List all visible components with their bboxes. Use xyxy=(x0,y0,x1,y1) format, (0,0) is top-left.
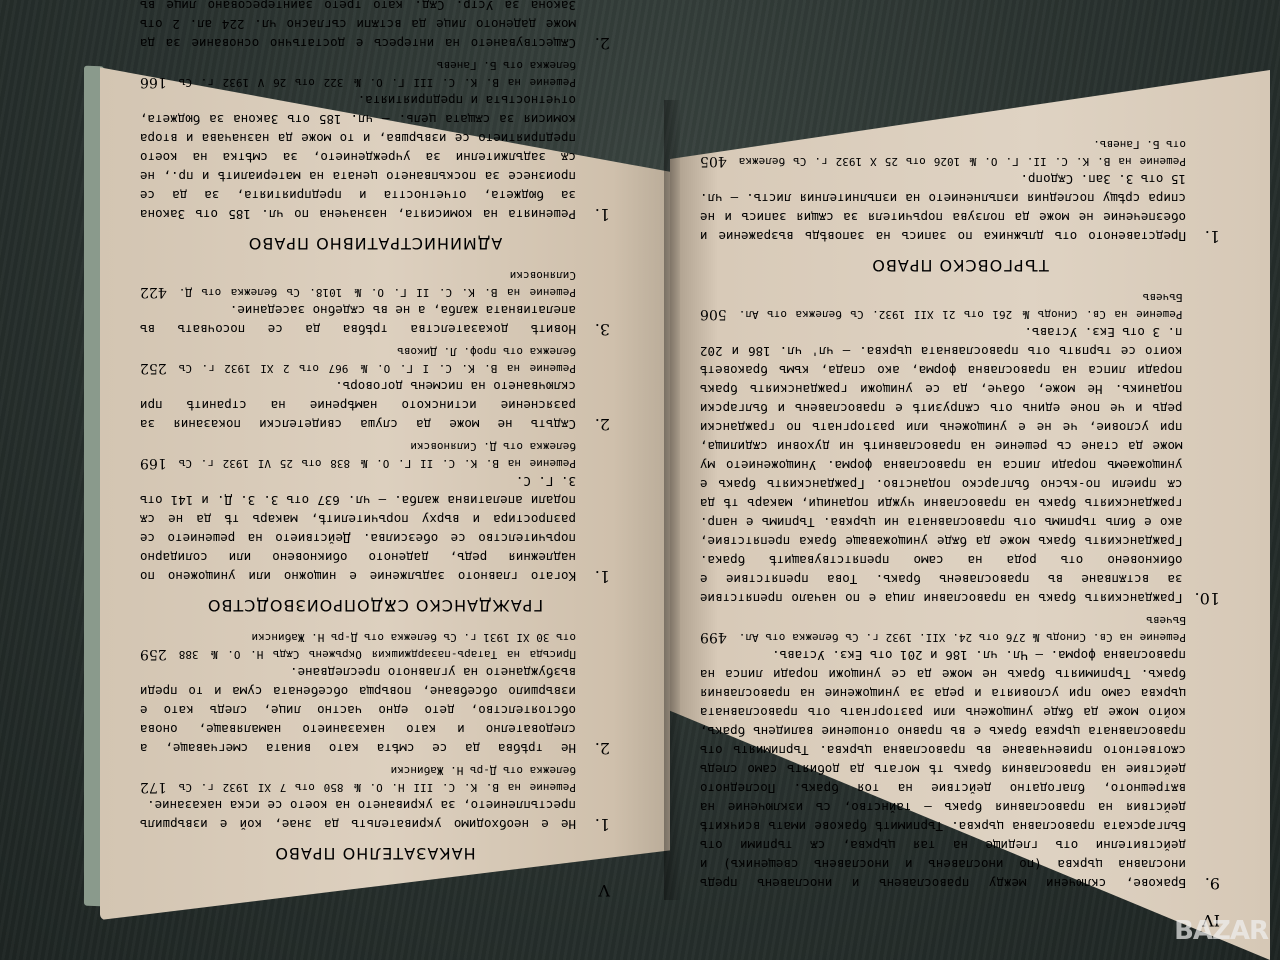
entry-text: Бракове, сключени между православенъ и и… xyxy=(700,646,1186,893)
entry: 2. Не трѣбва да се смѣта като вината сме… xyxy=(140,629,610,758)
entry-page: 169 xyxy=(140,438,167,472)
entry-text: Новитѣ доказателства трѣбва да се посочв… xyxy=(140,301,576,339)
entry: 2. Сѫществуването на интересъ е достатъч… xyxy=(140,0,610,53)
book-gutter xyxy=(664,100,680,900)
entry-number: 2. xyxy=(588,343,610,434)
entry-number: 2. xyxy=(588,629,610,758)
section-title: НАКАЗАТЕЛНО ПРАВО xyxy=(140,844,610,863)
entry-reference: Решение на Св. Синодъ № 276 отъ 24. XII.… xyxy=(739,612,1186,646)
entry-reference: Решение на В. К. С. III Н. О. № 850 отъ … xyxy=(179,762,576,796)
entry: 3. Новитѣ доказателства трѣбва да се пос… xyxy=(140,267,610,339)
section-title: ГРАЖДАНСКО СѪДОПРОИЗВОДСТВО xyxy=(140,596,610,615)
entry-reference: Решение на В. К. С. I Г. О. № 967 отъ 2 … xyxy=(179,343,576,377)
entry-text: Не трѣбва да се смѣта като вината смегча… xyxy=(140,663,576,758)
entry-page: 422 xyxy=(140,267,167,301)
entry: 1. Когато главното задължение е нищожно … xyxy=(140,438,610,586)
entry: 9. Бракове, сключени между православенъ … xyxy=(700,612,1220,893)
entry-number: 1. xyxy=(588,762,610,834)
entry-reference: Решение на Св. Синодъ № 261 отъ 21 XII 1… xyxy=(739,289,1183,323)
entry: 1. Решенията на комисията, назначена по … xyxy=(140,57,610,224)
entry-reference: Решение на В. К. С. III Г. О. № 322 отъ … xyxy=(179,57,576,91)
entry-number: 1. xyxy=(1198,136,1220,246)
entry-number: 9. xyxy=(1198,612,1220,893)
entry-page: 506 xyxy=(700,289,727,323)
entry-number: 1. xyxy=(588,57,610,224)
bazar-watermark-logo: BAZAR xyxy=(1174,916,1268,946)
right-page-content: IV 9. Бракове, сключени между православе… xyxy=(700,160,1220,930)
entry: 1. Представеното отъ длъжника по записъ … xyxy=(700,136,1220,246)
entry-page: 405 xyxy=(700,136,727,170)
page-number: V xyxy=(140,881,610,900)
entry-text: Когато главното задължение е нищожно или… xyxy=(140,472,576,586)
left-page-content: V НАКАЗАТЕЛНО ПРАВО 1. Не е необходимо у… xyxy=(140,120,610,900)
entry: 2. Сѫдътъ не може да слуша свидетелски п… xyxy=(140,343,610,434)
entry-reference: Решение на В. К. С. II Г. О. № 1018. Съ … xyxy=(179,267,576,301)
section-title: АДМИНИСТРАТИВНО ПРАВО xyxy=(140,234,610,253)
entry-page: 499 xyxy=(700,612,727,646)
entry-text: Представеното отъ длъжника по записъ на … xyxy=(700,170,1186,246)
entry-page: 259 xyxy=(140,629,167,663)
entry-number: 10. xyxy=(1195,289,1220,608)
entry-reference: Решение на В. К. С. II. Г. О. № 1026 отъ… xyxy=(739,136,1186,170)
page-number: IV xyxy=(700,911,1220,930)
entry-reference: Присъда на Татаръ-пазарджишкия Окръженъ … xyxy=(179,629,576,663)
entry-text: Не е необходимо укривательтъ да знае, ко… xyxy=(140,796,576,834)
entry-page: 252 xyxy=(140,343,167,377)
entry-reference: Решение на В. К. С. II Г. О. № 838 отъ 2… xyxy=(179,438,576,472)
entry: 10. Гражданскиятъ бракъ на православни л… xyxy=(700,289,1220,608)
entry-number: 3. xyxy=(588,267,610,339)
entry-text: Гражданскиятъ бракъ на православни лица … xyxy=(700,323,1183,608)
entry: 1. Не е необходимо укривательтъ да знае,… xyxy=(140,762,610,834)
entry-page: 172 xyxy=(140,762,167,796)
section-title: ТЪРГОВСКО ПРАВО xyxy=(700,256,1220,275)
entry-text: Решенията на комисията, назначена по чл.… xyxy=(140,91,576,224)
entry-page: 166 xyxy=(140,57,167,91)
entry-number: 1. xyxy=(588,438,610,586)
entry-text: Сѫдътъ не може да слуша свидетелски пока… xyxy=(140,377,576,434)
entry-text: Сѫществуването на интересъ е достатъчно … xyxy=(140,0,576,53)
entry-number: 2. xyxy=(588,0,610,53)
